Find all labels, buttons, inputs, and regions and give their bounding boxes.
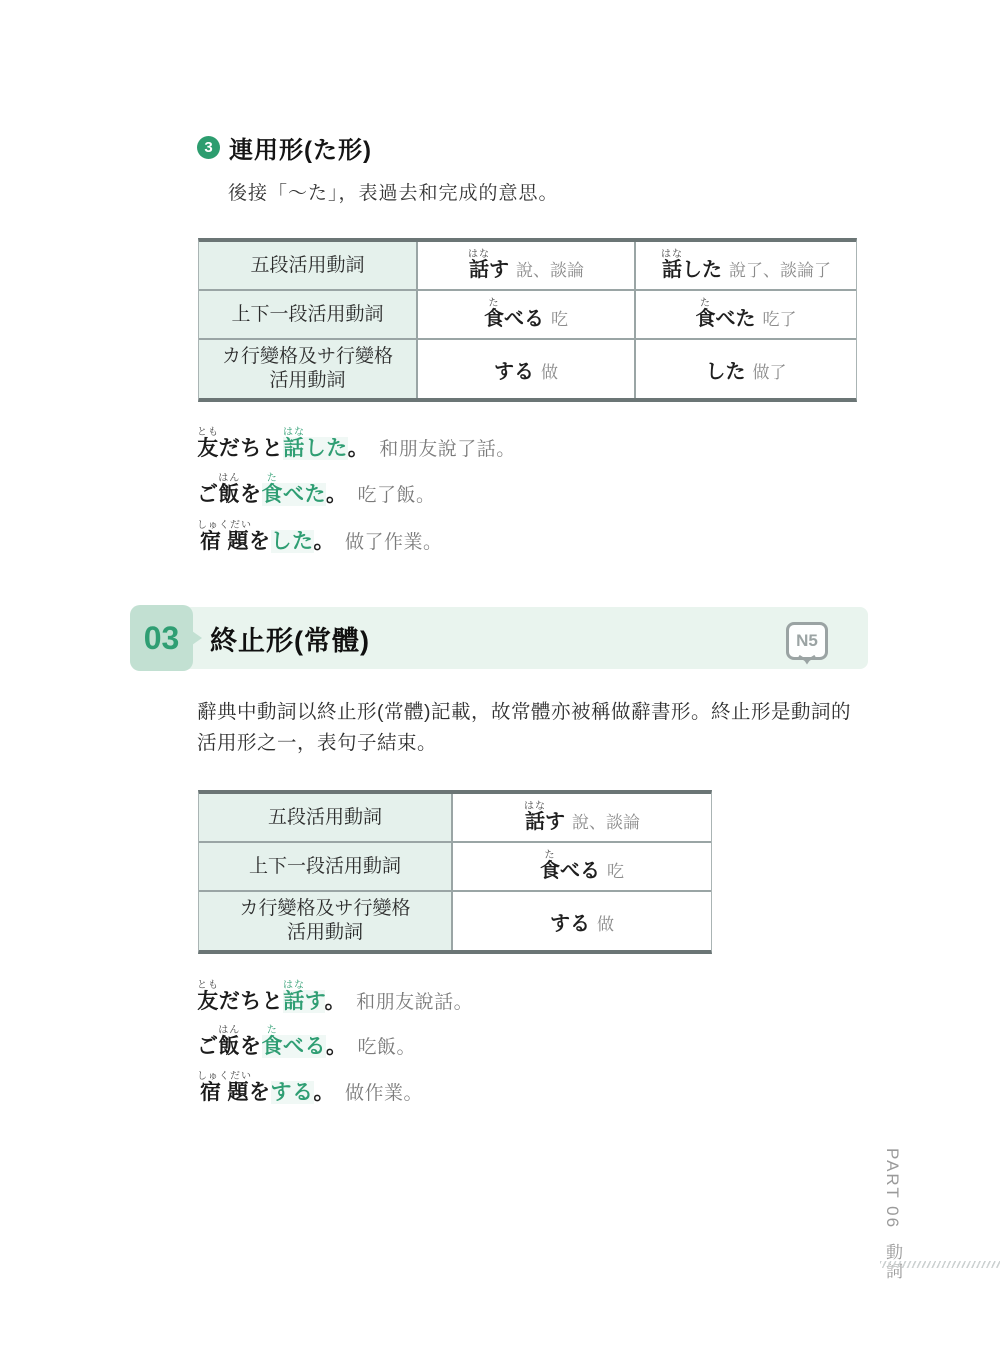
text-segment: を [249,1081,271,1104]
text-segment: 和朋友說了話。 [379,439,516,460]
table-cell: 話はなす說、談論 [453,794,711,841]
example-sentence: ご飯はんを食たべた。吃了飯。 [197,464,436,508]
text-segment: 飯はん [219,1035,241,1058]
text-segment: する [271,1081,314,1104]
section-number-box: 03 [130,605,193,671]
text-segment: 吃飯。 [358,1037,417,1058]
text-segment: 做作業。 [345,1083,423,1104]
text-segment: す [305,990,325,1013]
table-cell: 食たべる吃 [418,291,636,338]
text-segment: す [489,259,509,281]
table-row: カ行變格及サ行變格 活用動詞 する做 した做了 [199,338,856,398]
table-row: 五段活用動詞 話はなす說、談論 [199,794,711,841]
section-banner: 03 終止形(常體) N5 [130,607,868,669]
cell-text: する做 [550,907,614,936]
section-title: 終止形(常體) [210,607,370,669]
text-segment: 食た [262,483,284,506]
text-segment: 話はな [283,990,305,1013]
text-segment: 話はな [661,259,682,281]
text-segment: を [240,483,262,506]
text-segment: ご [197,483,219,506]
part-margin-label: PART 06動詞 [880,1148,905,1268]
cell-text: 話はなす說、談論 [468,249,584,282]
green-number-circle: 3 [197,136,220,159]
text-segment: 。 [348,437,370,460]
text-segment: 做了 [753,363,787,382]
text-segment: だちと [219,990,284,1013]
text-segment: だちと [219,437,284,460]
table-cell: 話はなした說了、談論了 [636,242,856,289]
cell-text: する做 [494,355,558,384]
conjugation-table-ta-form: 五段活用動詞 話はなす說、談論 話はなした說了、談論了 上下一段活用動詞 食たべ… [198,238,857,402]
text-segment: 宿題しゅくだい [197,1081,249,1104]
table-cell: 食たべた吃了 [636,291,856,338]
conjugation-table-dictionary-form: 五段活用動詞 話はなす說、談論 上下一段活用動詞 食たべる吃 カ行變格及サ行變格… [198,790,712,954]
jlpt-level-text: N5 [796,631,818,651]
text-segment: 做 [541,363,558,382]
table-cell: 話はなす說、談論 [418,242,636,289]
row-label: 上下一段活用動詞 [199,291,418,338]
table-row: 上下一段活用動詞 食たべる吃 [199,841,711,890]
text-segment: 話はな [283,437,305,460]
example-sentence: ご飯はんを食たべる。吃飯。 [197,1016,416,1060]
text-segment: 食た [484,308,504,330]
text-segment: 。 [325,990,347,1013]
text-segment: した [271,530,314,553]
text-segment: 話はな [524,811,545,833]
example-sentence: 宿題しゅくだいをする。做作業。 [197,1062,423,1106]
row-label: 五段活用動詞 [199,242,418,289]
text-segment: する [494,361,534,383]
text-segment: 說、談論 [516,261,584,280]
text-segment: 食た [262,1035,284,1058]
row-label: カ行變格及サ行變格 活用動詞 [199,340,418,398]
text-segment: した [706,361,746,383]
text-segment: 說、談論 [572,813,640,832]
text-segment: 和朋友說話。 [356,992,473,1013]
text-segment: 做 [597,915,614,934]
table-cell: する做 [418,340,636,398]
text-segment: 宿題しゅくだい [197,530,249,553]
cell-text: 話はなした說了、談論了 [661,249,831,282]
example-sentence: 宿題しゅくだいをした。做了作業。 [197,511,443,555]
margin-hatch-decoration [880,1261,1000,1268]
section-number: 03 [144,620,180,657]
table-cell: した做了 [636,340,856,398]
text-segment: 。 [326,1035,348,1058]
cell-text: 食たべた吃了 [696,298,797,331]
text-segment: べる [283,1035,326,1058]
row-label: カ行變格及サ行變格 活用動詞 [199,892,453,950]
jlpt-level-badge: N5 [786,622,828,660]
table-row: カ行變格及サ行變格 活用動詞 する做 [199,890,711,950]
text-segment: 。 [314,530,336,553]
text-segment: 吃了飯。 [358,485,436,506]
text-segment: 吃 [607,862,624,881]
text-segment: 話はな [468,259,489,281]
text-segment: べた [283,483,326,506]
row-label: 上下一段活用動詞 [199,843,453,890]
cell-text: 食たべる吃 [484,298,568,331]
open-book-icon [797,655,817,665]
text-segment: ご [197,1035,219,1058]
text-segment: 。 [314,1081,336,1104]
example-sentence: 友ともだちと話はなした。和朋友說了話。 [197,418,516,462]
table-row: 上下一段活用動詞 食たべる吃 食たべた吃了 [199,289,856,338]
text-segment: べた [716,308,756,330]
text-segment: 食た [540,860,560,882]
cell-text: 食たべる吃 [540,850,624,883]
text-segment: 友とも [197,990,219,1013]
subsection-title: 連用形(た形) [229,130,372,165]
text-segment: す [545,811,565,833]
cell-text: 話はなす說、談論 [524,801,640,834]
text-segment: 吃了 [763,310,797,329]
text-segment: を [249,530,271,553]
text-segment: 飯はん [219,483,241,506]
part-number: PART 06 [883,1148,902,1229]
table-cell: 食たべる吃 [453,843,711,890]
text-segment: した [682,259,722,281]
subsection-description: 後接「～た」，表過去和完成的意思。 [228,178,559,205]
text-segment: 食た [696,308,716,330]
table-row: 五段活用動詞 話はなす說、談論 話はなした說了、談論了 [199,242,856,289]
subsection-header: 3 連用形(た形) [197,130,372,165]
example-sentence: 友ともだちと話はなす。和朋友說話。 [197,971,473,1015]
book-page: 3 連用形(た形) 後接「～た」，表過去和完成的意思。 五段活用動詞 話はなす說… [0,0,1000,1363]
text-segment: 吃 [551,310,568,329]
text-segment: する [550,913,590,935]
text-segment: べる [560,860,600,882]
cell-text: した做了 [706,355,787,384]
text-segment: べる [504,308,544,330]
text-segment: 說了、談論了 [729,261,831,280]
section-intro-paragraph: 辭典中動詞以終止形(常體)記載，故常體亦被稱做辭書形。終止形是動詞的活用形之一，… [197,697,865,759]
text-segment: 友とも [197,437,219,460]
row-label: 五段活用動詞 [199,794,453,841]
text-segment: した [305,437,348,460]
text-segment: を [240,1035,262,1058]
text-segment: 。 [326,483,348,506]
text-segment: 做了作業。 [345,532,443,553]
table-cell: する做 [453,892,711,950]
